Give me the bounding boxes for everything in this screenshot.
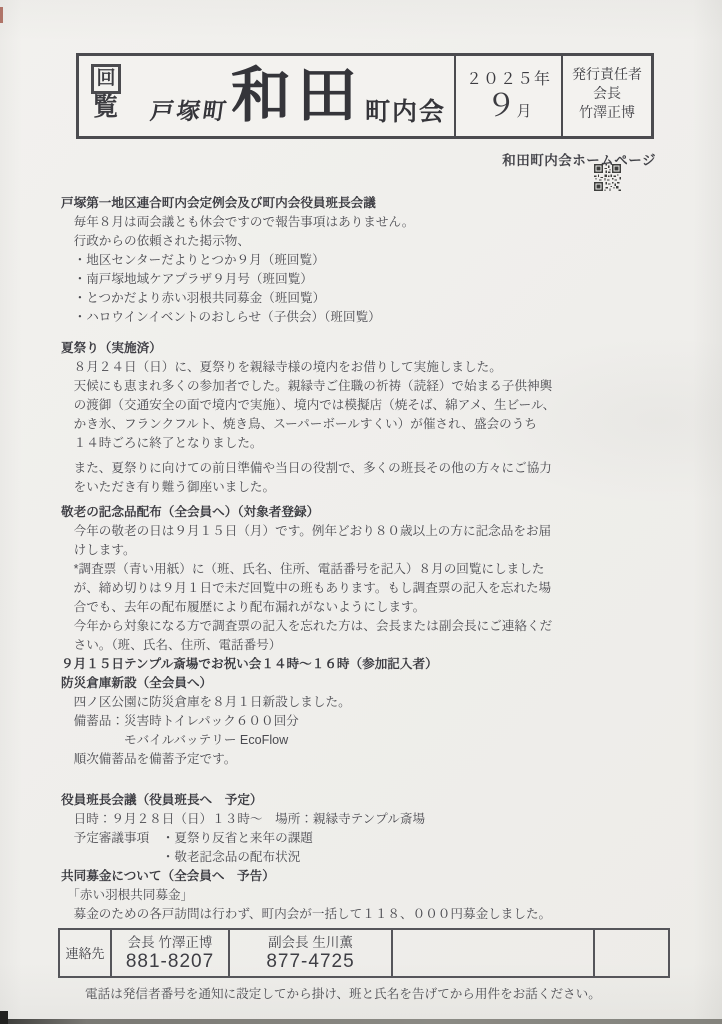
association-suffix: 町内会 — [365, 92, 446, 128]
text-line: ・地区センターだよりとつか９月（班回覧） — [61, 251, 679, 270]
section-lines: 今年の敬老の日は９月１５日（月）です。例年どおり８０歳以上の方に記念品をお届 け… — [61, 522, 679, 655]
section-summer-festival: 夏祭り（実施済） ８月２４日（日）に、夏祭りを親縁寺様の境内をお借りして実施しま… — [61, 339, 679, 497]
section-lines: 日時：９月２８日（日）１３時～ 場所：親縁寺テンプル斎場 予定審議事項 ・夏祭り… — [61, 810, 679, 867]
text-line: 今年から対象になる方で調査票の記入を忘れた方は、会長または副会長にご連絡くだ — [61, 617, 679, 636]
circulation-char-top: 回 — [91, 64, 121, 94]
circulation-stamp: 回 覧 — [79, 56, 143, 136]
scan-corner-artifact — [0, 1011, 8, 1024]
issuer-title: 発行責任者 — [563, 65, 651, 84]
qr-code-icon — [594, 164, 621, 191]
text-line: 天候にも恵まれ多くの参加者でした。親縁寺ご住職の祈祷（読経）で始まる子供神輿 — [61, 377, 679, 396]
text-line: 予定審議事項 ・夏祭り反省と来年の課題 — [61, 829, 679, 848]
scan-edge-mark — [0, 7, 3, 23]
text-line: 「赤い羽根共同募金」 — [61, 886, 679, 905]
text-line: また、夏祭りに向けての前日準備や当日の役割で、多くの班長その他の方々にご協力 — [61, 459, 679, 478]
issuer-role: 会長 — [563, 84, 651, 103]
text-line: 毎年８月は両会議とも休会ですので報告事項はありません。 — [61, 213, 679, 232]
text-line: 順次備蓄品を備蓄予定です。 — [61, 750, 679, 769]
text-line: ・南戸塚地域ケアプラザ９月号（班回覧） — [61, 270, 679, 289]
phone-instruction-note: 電話は発信者番号を通知に設定してから掛け、班と氏名を告げてから用件をお話ください… — [61, 985, 679, 1004]
section-lines: 毎年８月は両会議とも休会ですので報告事項はありません。 行政からの依頼された掲示… — [61, 213, 679, 327]
contact-chairman-cell: 会長 竹澤正博 881-8207 — [111, 929, 229, 977]
scan-edge-artifact — [0, 1019, 722, 1024]
scanned-newsletter-page: 回 覧 戸塚町 和田 町内会 ２０２５年 ９月 発行責任者 会長 竹澤正博 和田… — [0, 0, 722, 1024]
text-line: 募金のための各戸訪問は行わず、町内会が一括して１１８、０００円募金しました。 — [61, 905, 679, 924]
text-line: 今年の敬老の日は９月１５日（月）です。例年どおり８０歳以上の方に記念品をお届 — [61, 522, 679, 541]
celebration-event-line: ９月１５日テンプル斎場でお祝い会１４時～１６時（参加記入者） — [61, 655, 679, 674]
section-lines: また、夏祭りに向けての前日準備や当日の役割で、多くの班長その他の方々にご協力 を… — [61, 459, 679, 497]
section-rengo-meeting: 戸塚第一地区連合町内会定例会及び町内会役員班長会議 毎年８月は両会議とも休会です… — [61, 194, 679, 327]
contact-vice-chairman-cell: 副会長 生川薫 877-4725 — [229, 929, 392, 977]
vice-chairman-phone: 877-4725 — [231, 951, 390, 973]
section-lines: 四ノ区公園に防災倉庫を８月１日新設しました。 備蓄品：災害時トイレパック６００回… — [61, 693, 679, 769]
issuer-info: 発行責任者 会長 竹澤正博 — [561, 56, 651, 136]
vice-chairman-name: 副会長 生川薫 — [231, 934, 390, 951]
contact-empty-cell — [594, 929, 669, 977]
section-community-fundraising: 共同募金について（全会員へ 予告） 「赤い羽根共同募金」 募金のための各戸訪問は… — [61, 867, 679, 924]
section-keiro-gifts: 敬老の記念品配布（全会員へ）（対象者登録） 今年の敬老の日は９月１５日（月）です… — [61, 503, 679, 674]
text-line: の渡御（交通安全の面で境内で実施）、境内では模擬店（焼そば、綿アメ、生ビール、 — [61, 396, 679, 415]
text-line: ・とつかだより赤い羽根共同募金（班回覧） — [61, 289, 679, 308]
contact-empty-cell — [392, 929, 594, 977]
homepage-label: 和田町内会ホームページ — [0, 149, 656, 169]
header-box: 回 覧 戸塚町 和田 町内会 ２０２５年 ９月 発行責任者 会長 竹澤正博 — [76, 53, 654, 139]
association-title: 戸塚町 和田 町内会 — [143, 56, 454, 136]
text-line: ・敬老記念品の配布状況 — [61, 848, 679, 867]
issue-year: ２０２５年 — [456, 66, 561, 89]
section-heading: 役員班長会議（役員班長へ 予定） — [61, 791, 679, 810]
contact-label: 連絡先 — [59, 929, 111, 977]
issuer-name: 竹澤正博 — [563, 103, 651, 122]
text-line: かき氷、フランクフルト、焼き鳥、スーパーボールすくい）が催され、盛会のうち — [61, 415, 679, 434]
text-line: 備蓄品：災害時トイレパック６００回分 — [61, 712, 679, 731]
text-line: モバイルバッテリー EcoFlow — [61, 731, 679, 750]
text-line: ８月２４日（日）に、夏祭りを親縁寺様の境内をお借りして実施しました。 — [61, 358, 679, 377]
table-row: 連絡先 会長 竹澤正博 881-8207 副会長 生川薫 877-4725 — [59, 929, 669, 977]
text-line: が、締め切りは９月１日で未だ回覧中の班もあります。もし調査票の記入を忘れた場 — [61, 579, 679, 598]
text-line: 合でも、去年の配布履歴により配布漏れがないようにします。 — [61, 598, 679, 617]
document-body: 戸塚第一地区連合町内会定例会及び町内会役員班長会議 毎年８月は両会議とも休会です… — [61, 194, 679, 1004]
contact-table: 連絡先 会長 竹澤正博 881-8207 副会長 生川薫 877-4725 — [58, 928, 670, 978]
section-officers-meeting: 役員班長会議（役員班長へ 予定） 日時：９月２８日（日）１３時～ 場所：親縁寺テ… — [61, 791, 679, 867]
text-line: *調査票（青い用紙）に（班、氏名、住所、電話番号を記入）８月の回覧にしました — [61, 560, 679, 579]
issue-month-unit: 月 — [516, 103, 531, 120]
section-heading: 敬老の記念品配布（全会員へ）（対象者登録） — [61, 503, 679, 522]
text-line: 四ノ区公園に防災倉庫を８月１日新設しました。 — [61, 693, 679, 712]
section-heading: 防災倉庫新設（全会員へ） — [61, 674, 679, 693]
chairman-name: 会長 竹澤正博 — [113, 934, 227, 951]
section-lines: ８月２４日（日）に、夏祭りを親縁寺様の境内をお借りして実施しました。 天候にも恵… — [61, 358, 679, 453]
circulation-char-bottom: 覧 — [93, 95, 143, 120]
town-name-calligraphy: 和田 — [231, 56, 363, 136]
issue-month: ９月 — [456, 89, 561, 123]
text-line: ・ハロウインイベントのおしらせ（子供会）（班回覧） — [61, 308, 679, 327]
text-line: 行政からの依頼された掲示物、 — [61, 232, 679, 251]
issue-month-number: ９ — [485, 88, 516, 123]
town-prefix: 戸塚町 — [149, 93, 232, 126]
text-line: をいただき有り難う御座いました。 — [61, 478, 679, 497]
section-disaster-warehouse: 防災倉庫新設（全会員へ） 四ノ区公園に防災倉庫を８月１日新設しました。 備蓄品：… — [61, 674, 679, 769]
chairman-phone: 881-8207 — [113, 951, 227, 973]
text-line: けします。 — [61, 541, 679, 560]
section-heading: 共同募金について（全会員へ 予告） — [61, 867, 679, 886]
section-heading: 夏祭り（実施済） — [61, 339, 679, 358]
section-heading: 戸塚第一地区連合町内会定例会及び町内会役員班長会議 — [61, 194, 679, 213]
text-line: １４時ごろに終了となりました。 — [61, 434, 679, 453]
section-lines: 「赤い羽根共同募金」 募金のための各戸訪問は行わず、町内会が一括して１１８、００… — [61, 886, 679, 924]
issue-date: ２０２５年 ９月 — [454, 56, 561, 136]
text-line: 日時：９月２８日（日）１３時～ 場所：親縁寺テンプル斎場 — [61, 810, 679, 829]
text-line: さい。（班、氏名、住所、電話番号） — [61, 636, 679, 655]
